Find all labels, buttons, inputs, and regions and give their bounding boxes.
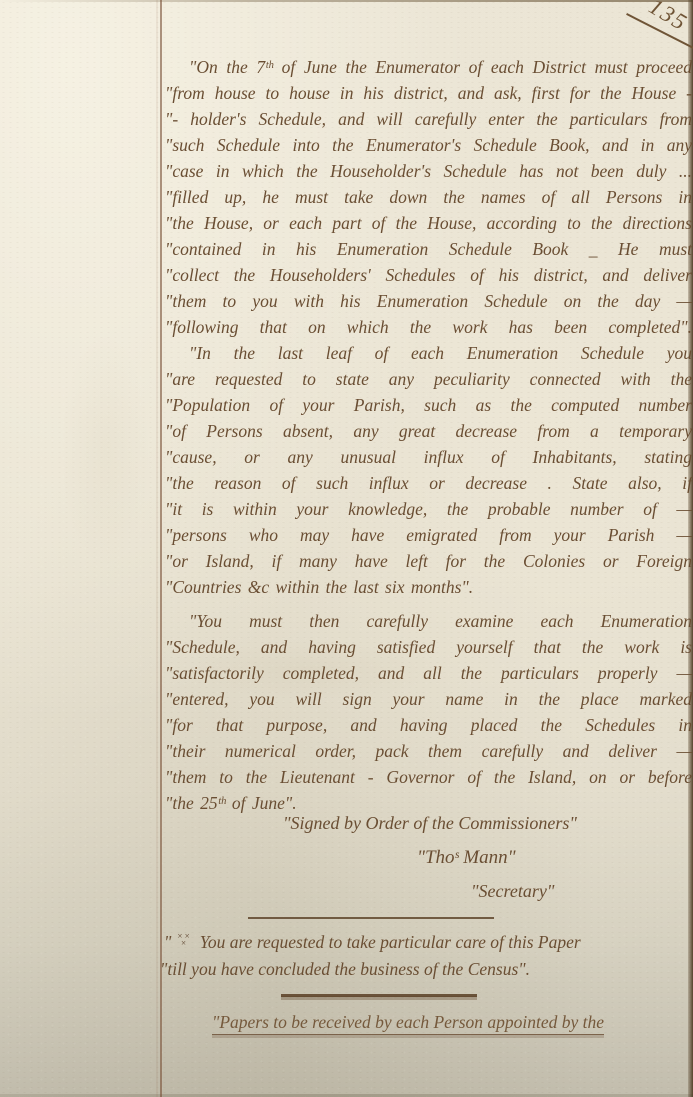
signatory-title: "Secretary": [471, 881, 554, 902]
manuscript-line: "Schedule, and having satisfied yourself…: [165, 634, 692, 660]
manuscript-line: "the reason of such influx or decrease .…: [165, 470, 692, 496]
footnote-line-2: "till you have concluded the business of…: [160, 956, 530, 982]
paragraph-1: "On the 7ᵗʰ of June the Enumerator of ea…: [165, 54, 692, 340]
manuscript-line: "them to the Lieutenant - Governor of th…: [165, 764, 692, 790]
manuscript-body: "On the 7ᵗʰ of June the Enumerator of ea…: [165, 54, 692, 816]
section-heading-text: "Papers to be received by each Person ap…: [212, 1012, 604, 1035]
footnote-quote: ": [164, 932, 171, 952]
paper-stain: [60, 330, 150, 570]
manuscript-line: "filled up, he must take down the names …: [165, 184, 692, 210]
footnote-text: You are requested to take particular car…: [200, 932, 581, 952]
manuscript-line: "from house to house in his district, an…: [165, 80, 692, 106]
manuscript-line: "are requested to state any peculiarity …: [165, 366, 692, 392]
asterism-mark-icon: × ××: [177, 933, 189, 947]
manuscript-page: 135 "On the 7ᵗʰ of June the Enumerator o…: [0, 0, 693, 1097]
manuscript-line: "for that purpose, and having placed the…: [165, 712, 692, 738]
separator-line: [248, 917, 494, 919]
page-number: 135: [644, 0, 692, 37]
manuscript-line: "case in which the Householder's Schedul…: [165, 158, 692, 184]
manuscript-line: "their numerical order, pack them carefu…: [165, 738, 692, 764]
manuscript-line: "following that on which the work has be…: [165, 314, 692, 340]
manuscript-line: "persons who may have emigrated from you…: [165, 522, 692, 548]
paragraph-3: "You must then carefully examine each En…: [165, 608, 692, 816]
manuscript-line: "them to you with his Enumeration Schedu…: [165, 288, 692, 314]
manuscript-line: "- holder's Schedule, and will carefully…: [165, 106, 692, 132]
manuscript-line: "the House, or each part of the House, a…: [165, 210, 692, 236]
manuscript-line: "You must then carefully examine each En…: [165, 608, 692, 634]
paragraph-2: "In the last leaf of each Enumeration Sc…: [165, 340, 692, 600]
manuscript-line: "it is within your knowledge, the probab…: [165, 496, 692, 522]
section-heading: "Papers to be received by each Person ap…: [212, 1012, 604, 1033]
signature-order-line: "Signed by Order of the Commissioners": [283, 813, 577, 834]
footnote-line-1: "× ××You are requested to take particula…: [164, 929, 692, 955]
manuscript-line: "Population of your Parish, such as the …: [165, 392, 692, 418]
page-top-edge: [0, 0, 693, 2]
signatory-name: "Thoˢ Mann": [417, 847, 516, 869]
manuscript-line: "On the 7ᵗʰ of June the Enumerator of ea…: [165, 54, 692, 80]
manuscript-line: "collect the Householders' Schedules of …: [165, 262, 692, 288]
manuscript-line: "contained in his Enumeration Schedule B…: [165, 236, 692, 262]
manuscript-line: "satisfactorily completed, and all the p…: [165, 660, 692, 686]
manuscript-line: "Countries &c within the last six months…: [165, 574, 692, 600]
manuscript-line: "cause, or any unusual influx of Inhabit…: [165, 444, 692, 470]
manuscript-line: "entered, you will sign your name in the…: [165, 686, 692, 712]
double-separator-line: [281, 994, 477, 997]
asterism-bottom: ×: [177, 940, 189, 947]
manuscript-line: "of Persons absent, any great decrease f…: [165, 418, 692, 444]
margin-rule-line: [160, 0, 162, 1097]
manuscript-line: "such Schedule into the Enumerator's Sch…: [165, 132, 692, 158]
manuscript-line: "In the last leaf of each Enumeration Sc…: [165, 340, 692, 366]
manuscript-line: "or Island, if many have left for the Co…: [165, 548, 692, 574]
